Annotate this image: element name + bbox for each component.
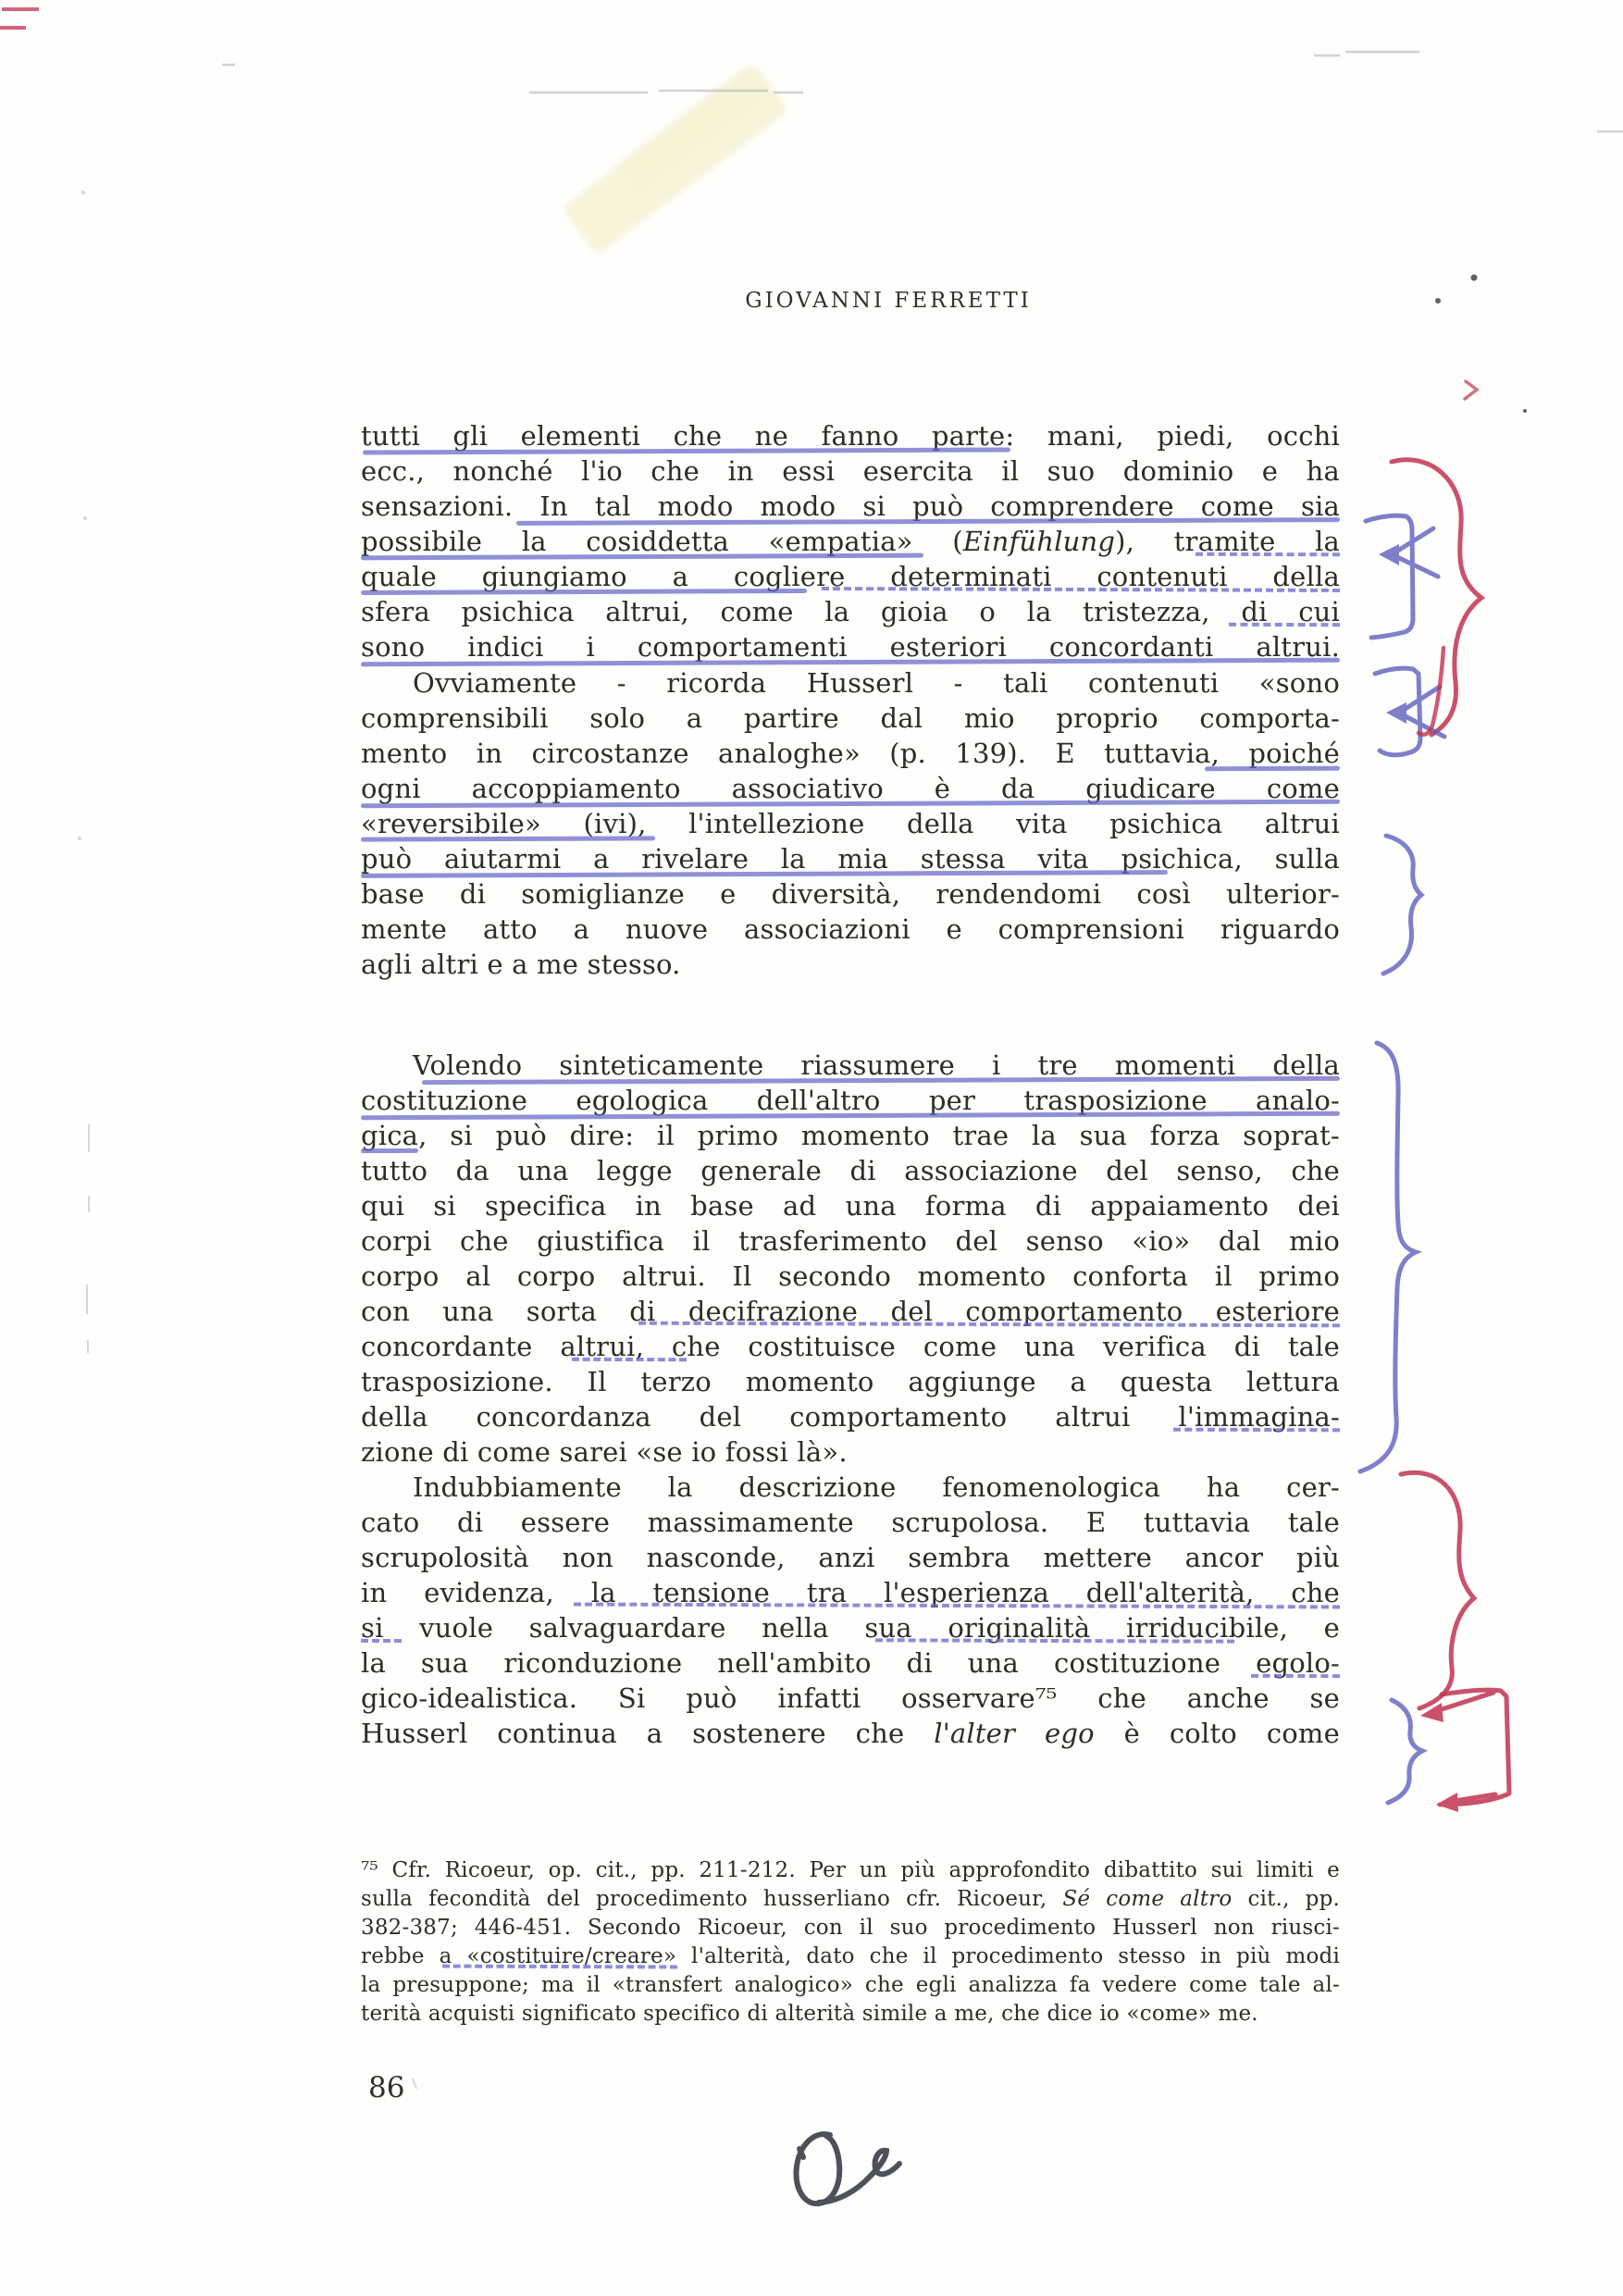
text-line: la sua riconduzione nell'ambito di una c… [361,1645,1340,1681]
text-line: qui si specifica in base ad una forma di… [361,1188,1340,1223]
blue-bracket-arrow-tramite [1366,515,1438,638]
text-line: cato di essere massimamente scrupolosa. … [361,1505,1340,1540]
text-line: in evidenza, la tensione tra l'esperienz… [361,1575,1340,1610]
text-line: zione di come sarei «se io fossi là». [361,1434,1340,1470]
pen-underline-dashed [875,1638,1234,1643]
page-number: 86 [368,2071,404,2104]
ink-specks [1435,275,1527,414]
scan-artifact-dashes [222,52,1623,131]
text-line: corpi che giustifica il trasferimento de… [361,1223,1340,1259]
text-line: ecc., nonché l'io che in essi esercita i… [361,453,1340,489]
text-line: scrupolosità non nasconde, anzi sembra m… [361,1540,1340,1575]
text-line: ogni accoppiamento associativo è da giud… [361,771,1340,806]
text-line: della concordanza del comportamento altr… [361,1399,1340,1434]
text-line: quale giungiamo a cogliere determinati c… [361,559,1340,594]
pen-underline-dashed [572,1358,687,1361]
text-line: comprensibili solo a partire dal mio pro… [361,701,1340,736]
blue-bracket-arrow-sono [1375,668,1444,755]
text-line: sfera psichica altrui, come la gioia o l… [361,594,1340,629]
text-line: Indubbiamente la descrizione fenomenolog… [361,1470,1340,1505]
paragraph: Indubbiamente la descrizione fenomenolog… [361,1470,1340,1751]
pen-underline-dashed [822,587,1340,592]
text-line: terità acquisti significato specifico di… [361,2000,1340,2029]
red-brace-tail [1419,648,1443,735]
text-line: trasposizione. Il terzo momento aggiunge… [361,1364,1340,1399]
red-brace-empatia-passage [1392,460,1481,735]
text-line: tutti gli elementi che ne fanno parte: m… [361,418,1340,453]
pen-underline-dashed [442,1965,677,1969]
text-line: 382-387; 446-451. Secondo Ricoeur, con i… [361,1914,1340,1942]
pen-underline-dashed [1229,623,1340,627]
text-line: tutto da una legge generale di associazi… [361,1153,1340,1188]
blue-brace-alter-ego [1388,1700,1422,1803]
text-line: gico-idealistica. Si può infatti osserva… [361,1681,1340,1716]
text-line: possibile la cosiddetta «empatia» (Einfü… [361,524,1340,559]
pen-underline-dashed [1251,1674,1340,1678]
text-line: corpo al corpo altrui. Il secondo moment… [361,1259,1340,1294]
pen-underline-dashed [1173,1428,1340,1433]
pen-underline-dashed [361,1639,402,1643]
pen-underline-dashed [638,1322,1340,1328]
text-line: può aiutarmi a rivelare la mia stessa vi… [361,841,1340,876]
text-line: Ovviamente - ricorda Husserl - tali cont… [361,665,1340,701]
text-line: sulla fecondità del procedimento husserl… [361,1885,1340,1914]
text-line: «reversibile» (ivi), l'intellezione dell… [361,806,1340,841]
text-line: sono indici i comportamenti esteriori co… [361,629,1340,664]
blue-brace-reversibile-passage [1383,836,1421,974]
red-edge-marks [0,9,39,28]
footnote: ⁷⁵ Cfr. Ricoeur, op. cit., pp. 211-212. … [361,1856,1340,2029]
paragraph: Volendo sinteticamente riassumere i tre … [361,1048,1340,1470]
text-line: la presuppone; ma il «transfert analogic… [361,1971,1340,2000]
paragraph: Ovviamente - ricorda Husserl - tali cont… [361,665,1340,982]
text-line: gica, si può dire: il primo momento trae… [361,1118,1340,1153]
red-chevron-mark [1465,381,1477,399]
pen-squiggle-signature [797,2134,899,2203]
text-line: mente atto a nuove associazioni e compre… [361,912,1340,947]
text-line: ⁷⁵ Cfr. Ricoeur, op. cit., pp. 211-212. … [361,1856,1340,1885]
text-line: con una sorta di decifrazione del compor… [361,1294,1340,1329]
text-line: sensazioni. In tal modo modo si può comp… [361,489,1340,524]
text-line: agli altri e a me stesso. [361,947,1340,982]
text-line: concordante altrui, che costituisce come… [361,1329,1340,1364]
pen-underline-dashed [1196,552,1340,557]
text-line: Husserl continua a sostenere che l'alter… [361,1716,1340,1751]
pen-underline-dashed [574,1603,1340,1609]
red-brace-indubbiamente-passage [1401,1472,1474,1708]
blue-brace-tre-momenti-passage [1360,1043,1416,1471]
text-line: mento in circostanze analoghe» (p. 139).… [361,736,1340,771]
text-line: base di somiglianze e diversità, rendend… [361,876,1340,912]
text-line: Volendo sinteticamente riassumere i tre … [361,1048,1340,1083]
text-line: si vuole salvaguardare nella sua origina… [361,1610,1340,1645]
paragraph: tutti gli elementi che ne fanno parte: m… [361,418,1340,664]
page-header-author: GIOVANNI FERRETTI [740,289,1036,313]
scanned-book-page: GIOVANNI FERRETTI tutti gli elementi che… [0,0,1623,2296]
red-bracket-double-arrow [1420,1690,1509,1812]
text-line: costituzione egologica dell'altro per tr… [361,1083,1340,1118]
text-line: rebbe a «costituire/creare» l'alterità, … [361,1942,1340,1971]
